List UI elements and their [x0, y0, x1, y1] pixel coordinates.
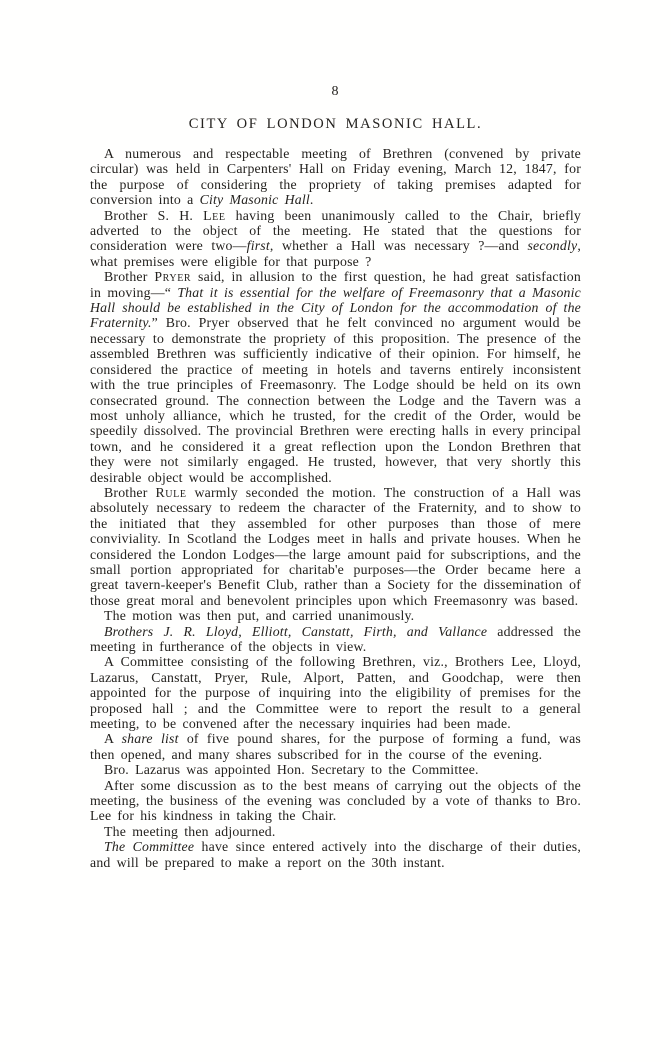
page-number: 8 — [90, 84, 581, 100]
text-block: 8 CITY OF LONDON MASONIC HALL. A numerou… — [90, 84, 581, 870]
text-segment: ” Bro. Pryer observed that he felt convi… — [90, 315, 581, 484]
text-segment: The motion was then put, and carried una… — [104, 608, 414, 623]
text-segment: A numerous and respectable meeting of Br… — [90, 146, 581, 207]
text-segment: Brothers J. R. Lloyd, Elliott, Canstatt,… — [104, 624, 487, 639]
text-segment: share list — [122, 731, 179, 746]
page-title: CITY OF LONDON MASONIC HALL. — [90, 116, 581, 133]
text-segment: City Masonic Hall — [200, 192, 310, 207]
paragraph: A numerous and respectable meeting of Br… — [90, 146, 581, 208]
text-segment: Pryer — [154, 269, 191, 284]
text-segment: Brother — [104, 269, 154, 284]
paragraph: The motion was then put, and carried una… — [90, 608, 581, 623]
text-segment: A — [104, 731, 122, 746]
text-segment: warmly seconded the motion. The construc… — [90, 485, 581, 608]
text-segment: . — [310, 192, 314, 207]
text-segment: Rule — [156, 485, 187, 500]
scanned-book-page: 8 CITY OF LONDON MASONIC HALL. A numerou… — [0, 0, 671, 1062]
paragraph: Brother Rule warmly seconded the motion.… — [90, 485, 581, 608]
paragraph: After some discussion as to the best mea… — [90, 778, 581, 824]
text-segment: , whether a Hall was necessary ?—and — [270, 238, 528, 253]
paragraph: A Committee consisting of the following … — [90, 654, 581, 731]
text-segment: Brother — [104, 485, 156, 500]
paragraph: The Committee have since entered activel… — [90, 839, 581, 870]
text-segment: A Committee consisting of the following … — [90, 654, 581, 731]
paragraph: Brothers J. R. Lloyd, Elliott, Canstatt,… — [90, 624, 581, 655]
text-segment: Lee — [203, 208, 225, 223]
text-segment: After some discussion as to the best mea… — [90, 778, 581, 824]
paragraph: Brother S. H. Lee having been unanimousl… — [90, 208, 581, 270]
text-segment: The Committee — [104, 839, 194, 854]
text-segment: first — [247, 238, 270, 253]
text-segment: Brother S. H. — [104, 208, 203, 223]
document-body: A numerous and respectable meeting of Br… — [90, 146, 581, 870]
paragraph: Bro. Lazarus was appointed Hon. Secretar… — [90, 762, 581, 777]
text-segment: Bro. Lazarus was appointed Hon. Secretar… — [104, 762, 479, 777]
text-segment: secondly — [527, 238, 577, 253]
paragraph: A share list of five pound shares, for t… — [90, 731, 581, 762]
paragraph: The meeting then adjourned. — [90, 824, 581, 839]
paragraph: Brother Pryer said, in allusion to the f… — [90, 269, 581, 485]
text-segment: The meeting then adjourned. — [104, 824, 276, 839]
